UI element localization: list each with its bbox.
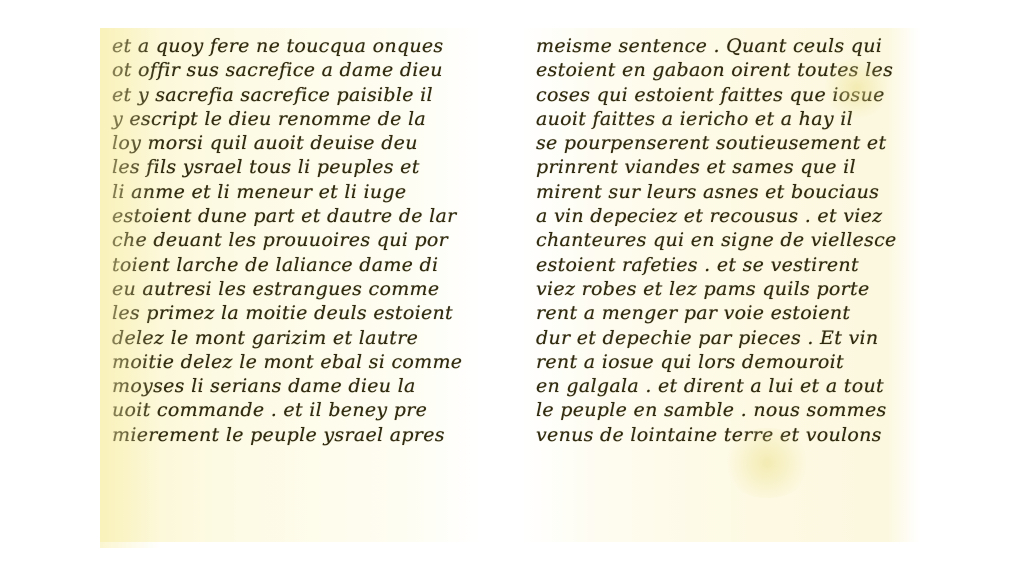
text-line: loy morsi quil auoit deuise deu: [110, 131, 470, 155]
text-line: meisme sentence . Quant ceuls qui: [532, 34, 910, 58]
manuscript-page-right: meisme sentence . Quant ceuls qui estoie…: [522, 28, 920, 542]
text-line: moitie delez le mont ebal si comme: [110, 350, 470, 374]
text-line: et a quoy fere ne toucqua onques: [110, 34, 470, 58]
text-line: estoient rafeties . et se vestirent: [532, 253, 910, 277]
text-line: ot offir sus sacrefice a dame dieu: [110, 58, 470, 82]
text-line: et y sacrefia sacrefice paisible il: [110, 83, 470, 107]
text-line: auoit faittes a iericho et a hay il: [532, 107, 910, 131]
text-line: a vin depeciez et recousus . et viez: [532, 204, 910, 228]
text-line: chanteures qui en signe de viellesce: [532, 228, 910, 252]
text-line: dur et depechie par pieces . Et vin: [532, 326, 910, 350]
text-line: eu autresi les estrangues comme: [110, 277, 470, 301]
manuscript-page-left: et a quoy fere ne toucqua onques ot offi…: [100, 28, 480, 542]
text-line: moyses li serians dame dieu la: [110, 374, 470, 398]
text-line: y escript le dieu renomme de la: [110, 107, 470, 131]
text-line: coses qui estoient faittes que iosue: [532, 83, 910, 107]
text-line: delez le mont garizim et lautre: [110, 326, 470, 350]
text-line: en galgala . et dirent a lui et a tout: [532, 374, 910, 398]
text-line: les fils ysrael tous li peuples et: [110, 155, 470, 179]
text-line: mierement le peuple ysrael apres: [110, 423, 470, 447]
text-line: venus de lointaine terre et voulons: [532, 423, 910, 447]
text-line: se pourpenserent soutieusement et: [532, 131, 910, 155]
text-line: rent a menger par voie estoient: [532, 301, 910, 325]
text-line: toient larche de laliance dame di: [110, 253, 470, 277]
text-line: prinrent viandes et sames que il: [532, 155, 910, 179]
text-line: uoit commande . et il beney pre: [110, 398, 470, 422]
text-line: estoient en gabaon oirent toutes les: [532, 58, 910, 82]
text-line: mirent sur leurs asnes et bouciaus: [532, 180, 910, 204]
text-line: rent a iosue qui lors demouroit: [532, 350, 910, 374]
text-line: li anme et li meneur et li iuge: [110, 180, 470, 204]
text-line: estoient dune part et dautre de lar: [110, 204, 470, 228]
text-line: le peuple en samble . nous sommes: [532, 398, 910, 422]
text-line: viez robes et lez pams quils porte: [532, 277, 910, 301]
text-line: che deuant les prouuoires qui por: [110, 228, 470, 252]
text-line: les primez la moitie deuls estoient: [110, 301, 470, 325]
